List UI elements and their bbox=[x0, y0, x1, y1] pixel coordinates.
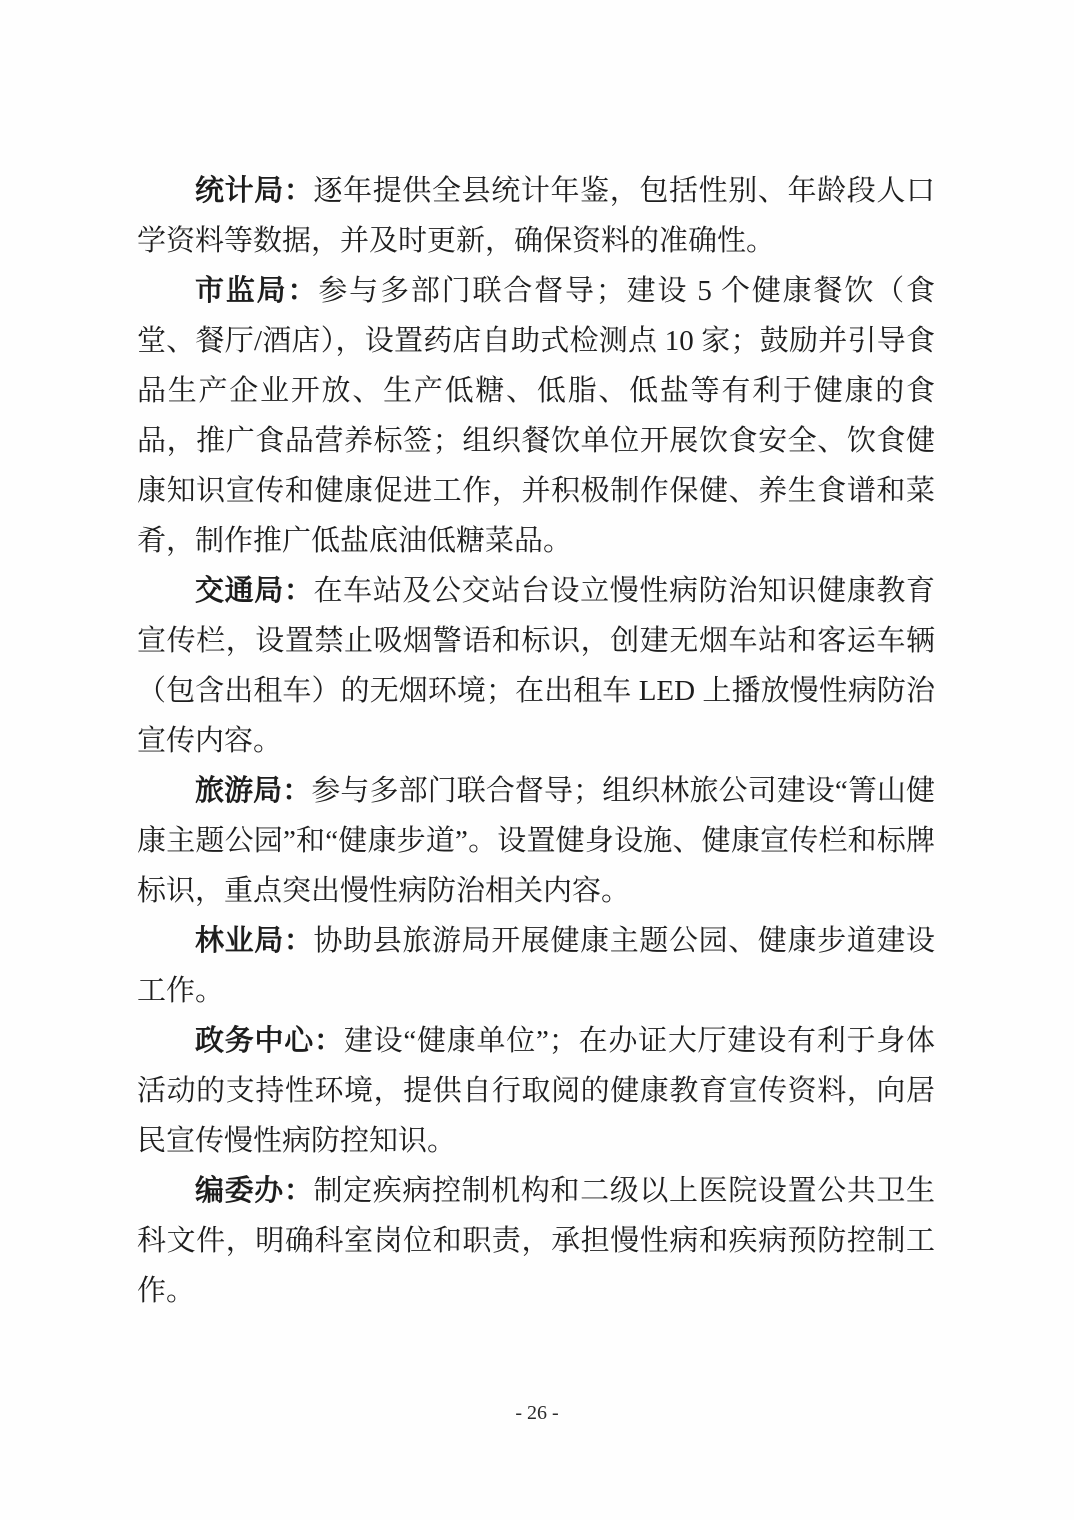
department-label: 编委办： bbox=[195, 1175, 314, 1207]
paragraph-staffing-committee-office: 编委办：制定疾病控制机构和二级以上医院设置公共卫生科文件，明确科室岗位和职责，承… bbox=[137, 1166, 935, 1316]
document-body: 统计局：逐年提供全县统计年鉴，包括性别、年龄段人口学资料等数据，并及时更新，确保… bbox=[137, 166, 935, 1316]
department-label: 市监局： bbox=[195, 275, 318, 307]
paragraph-transport-bureau: 交通局：在车站及公交站台设立慢性病防治知识健康教育宣传栏，设置禁止吸烟警语和标识… bbox=[137, 566, 935, 766]
paragraph-market-supervision-bureau: 市监局：参与多部门联合督导；建设 5 个健康餐饮（食堂、餐厅/酒店），设置药店自… bbox=[137, 266, 935, 566]
department-label: 旅游局： bbox=[195, 775, 311, 807]
page-number: - 26 - bbox=[0, 1402, 1074, 1425]
paragraph-forestry-bureau: 林业局：协助县旅游局开展健康主题公园、健康步道建设工作。 bbox=[137, 916, 935, 1016]
department-label: 林业局： bbox=[195, 925, 314, 957]
paragraph-statistics-bureau: 统计局：逐年提供全县统计年鉴，包括性别、年龄段人口学资料等数据，并及时更新，确保… bbox=[137, 166, 935, 266]
paragraph-tourism-bureau: 旅游局：参与多部门联合督导；组织林旅公司建设“箐山健康主题公园”和“健康步道”。… bbox=[137, 766, 935, 916]
department-label: 交通局： bbox=[195, 575, 314, 607]
department-label: 政务中心： bbox=[195, 1025, 344, 1057]
document-page: 统计局：逐年提供全县统计年鉴，包括性别、年龄段人口学资料等数据，并及时更新，确保… bbox=[0, 0, 1074, 1520]
paragraph-text: 参与多部门联合督导；建设 5 个健康餐饮（食堂、餐厅/酒店），设置药店自助式检测… bbox=[137, 275, 935, 557]
paragraph-government-service-center: 政务中心：建设“健康单位”；在办证大厅建设有利于身体活动的支持性环境，提供自行取… bbox=[137, 1016, 935, 1166]
department-label: 统计局： bbox=[195, 175, 314, 207]
